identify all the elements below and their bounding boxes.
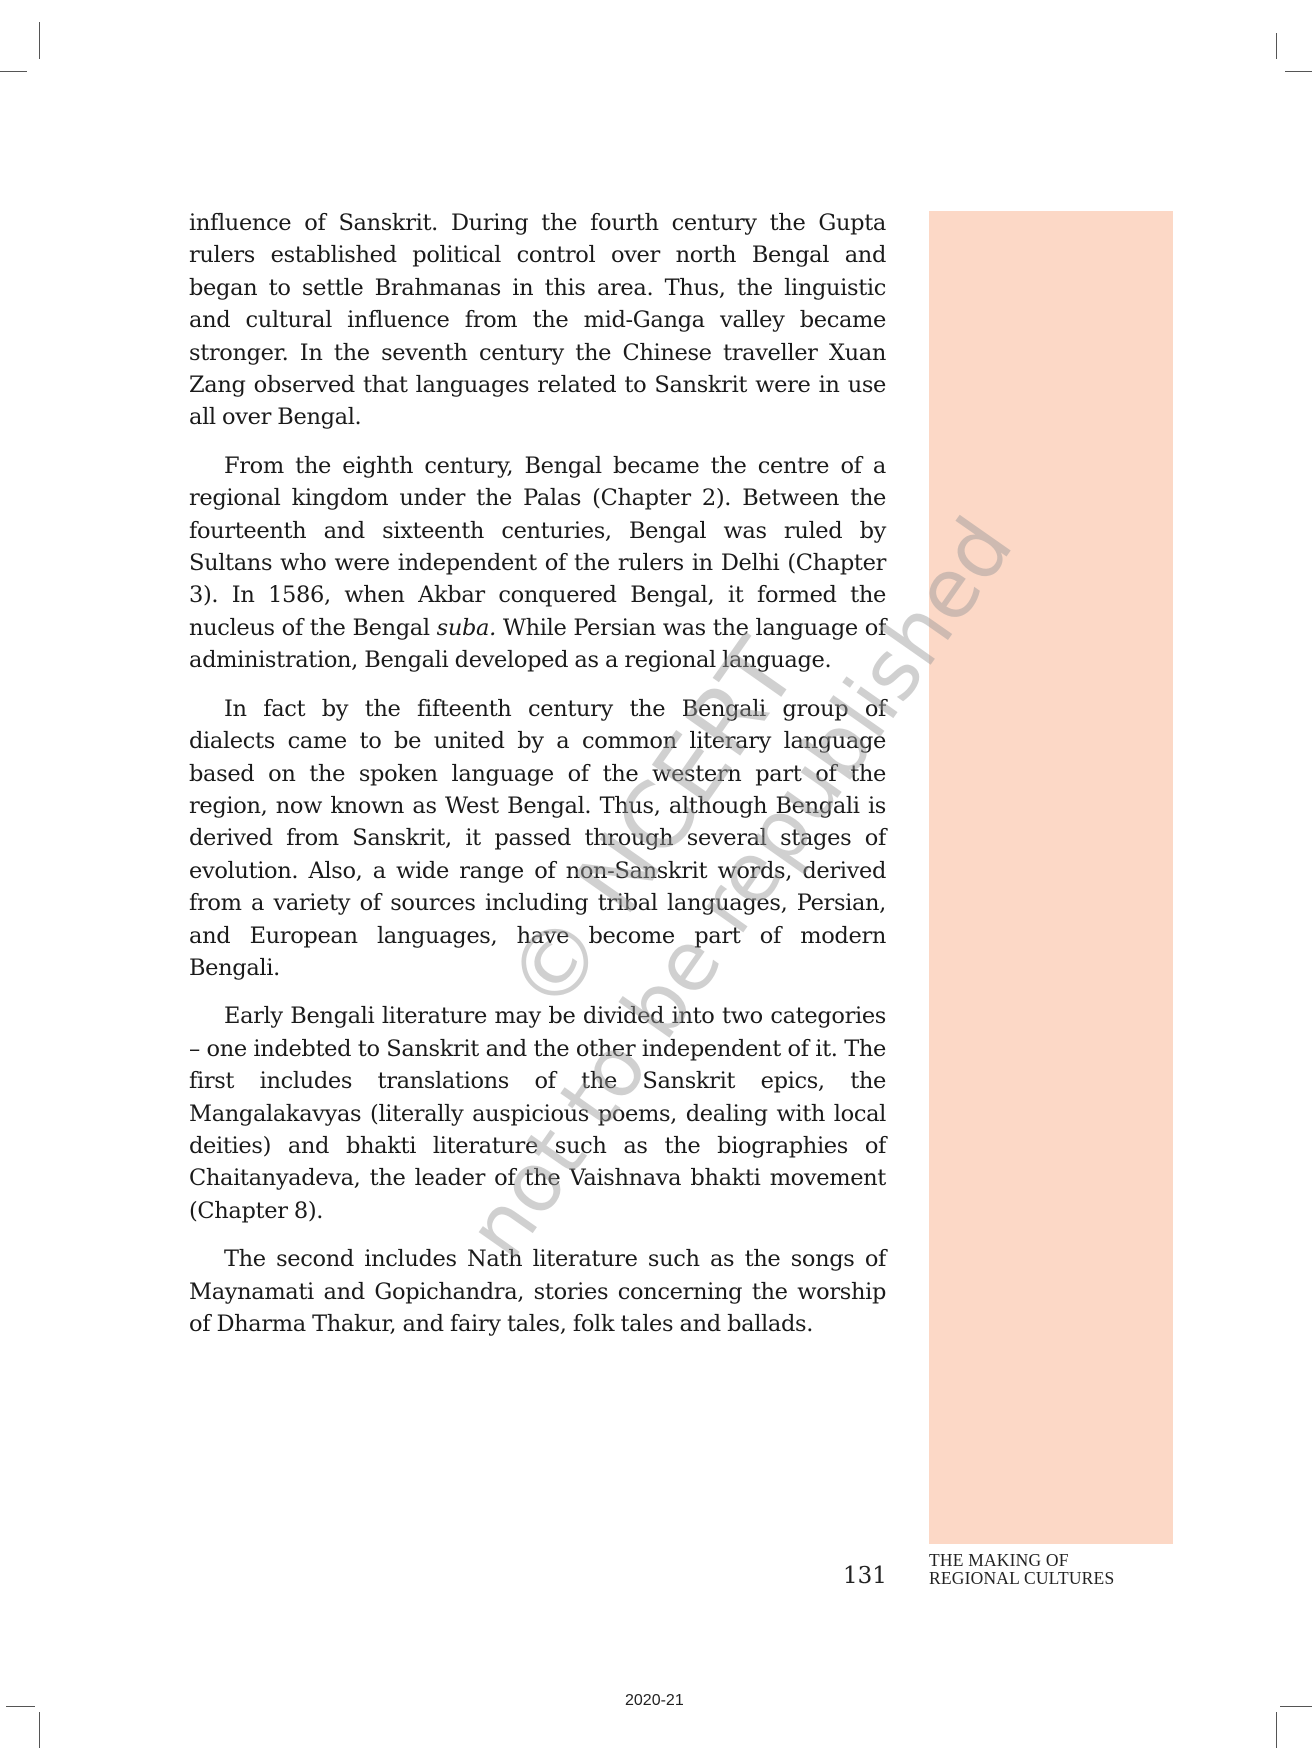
crop-mark-top-left-horizontal [0, 71, 27, 72]
paragraph-5: The second includes Nath literature such… [189, 1243, 886, 1340]
crop-mark-bottom-right-vertical [1276, 1712, 1277, 1748]
italic-term-suba: suba. [437, 615, 496, 641]
paragraph-1: influence of Sanskrit. During the fourth… [189, 207, 886, 434]
side-margin-box [929, 211, 1173, 1544]
crop-mark-bottom-left-horizontal [6, 1706, 35, 1707]
main-text-column: influence of Sanskrit. During the fourth… [189, 207, 886, 1356]
crop-mark-top-left-vertical [39, 22, 40, 59]
running-head: THE MAKING OF REGIONAL CULTURES [929, 1551, 1114, 1587]
paragraph-2-text-before: From the eighth century, Bengal became t… [189, 453, 886, 641]
running-head-line-2: REGIONAL CULTURES [929, 1569, 1114, 1587]
paragraph-2: From the eighth century, Bengal became t… [189, 450, 886, 677]
crop-mark-bottom-right-horizontal [1280, 1706, 1312, 1707]
crop-mark-bottom-left-vertical [39, 1712, 40, 1748]
paragraph-3: In fact by the fifteenth century the Ben… [189, 693, 886, 985]
edition-year: 2020-21 [625, 1692, 684, 1710]
crop-mark-top-right-horizontal [1285, 71, 1312, 72]
crop-mark-top-right-vertical [1276, 33, 1277, 59]
paragraph-4: Early Bengali literature may be divided … [189, 1000, 886, 1227]
page-number: 131 [843, 1563, 887, 1589]
running-head-line-1: THE MAKING OF [929, 1551, 1114, 1569]
